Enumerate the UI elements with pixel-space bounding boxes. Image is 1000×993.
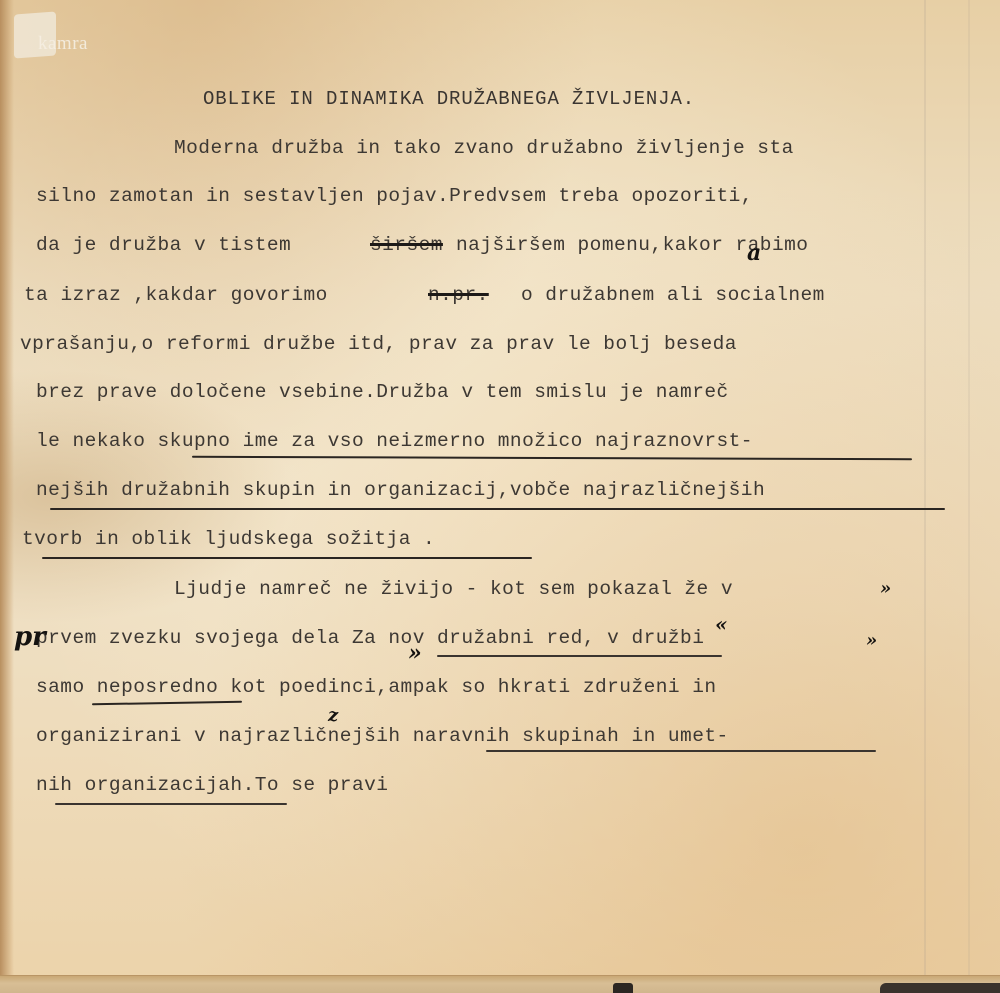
binder-clip [613,983,633,993]
text-line-1: Moderna družba in tako zvano družabno ži… [174,139,794,159]
text-line-13: organizirani v najrazličnejših naravnih … [36,727,729,747]
document-title: OBLIKE IN DINAMIKA DRUŽABNEGA ŽIVLJENJA. [203,88,695,110]
text-line-11: prvem zvezku svojega dela Za nov družabn… [36,629,704,649]
text-line-6: brez prave določene vsebine.Družba v tem… [36,383,729,403]
watermark-text: kamra [38,33,88,55]
text-line-12: samo neposredno kot poedinci,ampak so hk… [36,678,717,698]
document-page: kamra OBLIKE IN DINAMIKA DRUŽABNEGA ŽIVL… [0,0,1000,993]
handwritten-mark: » [866,630,877,651]
handwritten-insert-mark: « [715,612,728,636]
text-line-9: tvorb in oblik ljudskega sožitja . [22,530,435,550]
text-line-4a: ta izraz ,kakdar govorimo [24,286,328,306]
handwritten-underline [437,655,722,657]
kamra-watermark: kamra [14,13,114,63]
paper-left-edge [0,0,14,993]
paper-crease [924,0,926,993]
handwritten-underline [192,456,912,461]
handwritten-underline [486,750,876,752]
handwritten-insert-mark: z [328,705,338,726]
text-line-3a: da je družba v tistem [36,236,291,256]
handwritten-underline [92,701,242,706]
handwritten-underline [42,557,532,559]
text-line-14: nih organizacijah.To se pravi [36,776,388,796]
handwritten-mark: » [880,578,891,599]
handwritten-correction: pr [14,622,46,652]
paper-crease [968,0,970,993]
handwritten-correction: a [747,240,761,266]
binder-clip [880,983,1000,993]
struck-out-abbrev: n.pr. [428,286,489,306]
handwritten-underline [55,803,287,805]
text-line-5: vprašanju,o reformi družbe itd, prav za … [20,335,737,355]
text-line-8: nejših družabnih skupin in organizacij,v… [36,481,765,501]
text-line-4b: o družabnem ali socialnem [521,286,825,306]
handwritten-insert-mark: » [408,640,422,666]
text-line-10: Ljudje namreč ne živijo - kot sem pokaza… [174,580,733,600]
text-line-7: le nekako skupno ime za vso neizmerno mn… [36,432,753,452]
struck-out-word: širšem [370,236,443,256]
paper-bottom-edge [0,975,1000,993]
handwritten-underline [50,508,945,510]
text-line-2: silno zamotan in sestavljen pojav.Predvs… [36,187,753,207]
